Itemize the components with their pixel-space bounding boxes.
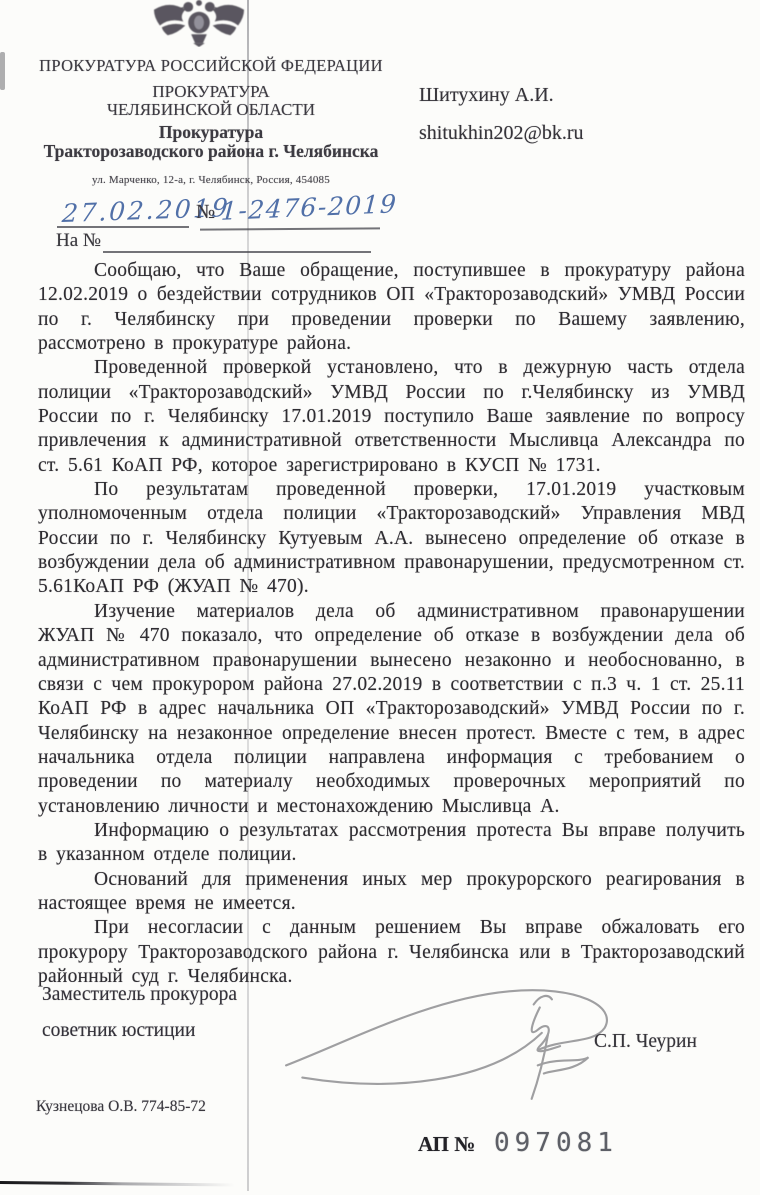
body-paragraph-1: Сообщаю, что Ваше обращение, поступившее… bbox=[38, 259, 745, 356]
signer-name: С.П. Чеурин bbox=[594, 1031, 697, 1053]
signature-autograph bbox=[280, 980, 625, 1102]
signer-position-line1: Заместитель прокурора bbox=[42, 984, 237, 1006]
org-name-district-line2: Тракторозаводского района г. Челябинска bbox=[18, 142, 404, 161]
signer-position-line2: советник юстиции bbox=[42, 1020, 195, 1042]
recipient-name: Шитухину А.И. bbox=[419, 84, 584, 107]
body-paragraph-3: По результатам проведенной проверки, 17.… bbox=[38, 478, 745, 600]
recipient-email: shitukhin202@bk.ru bbox=[419, 122, 584, 145]
letterhead: ПРОКУРАТУРА РОССИЙСКОЙ ФЕДЕРАЦИИ ПРОКУРА… bbox=[18, 56, 404, 186]
incoming-number-underline bbox=[103, 251, 371, 253]
number-underline bbox=[200, 227, 380, 230]
body-paragraph-6: Оснований для применения иных мер прокур… bbox=[38, 868, 745, 917]
recipient-block: Шитухину А.И. shitukhin202@bk.ru bbox=[419, 84, 584, 145]
scanned-letter-page: ПРОКУРАТУРА РОССИЙСКОЙ ФЕДЕРАЦИИ ПРОКУРА… bbox=[0, 0, 760, 1195]
scan-artifact-line bbox=[0, 1181, 235, 1186]
org-name-region-line2: ЧЕЛЯБИНСКОЙ ОБЛАСТИ bbox=[18, 101, 404, 119]
org-name-federation: ПРОКУРАТУРА РОССИЙСКОЙ ФЕДЕРАЦИИ bbox=[18, 56, 404, 76]
org-name-district-line1: Прокуратура bbox=[18, 123, 404, 142]
body-paragraph-2: Проведенной проверкой установлено, что в… bbox=[38, 356, 745, 478]
body-paragraph-5: Информацию о результатах рассмотрения пр… bbox=[38, 819, 745, 868]
org-address: ул. Марченко, 12-а, г. Челябинск, Россия… bbox=[18, 174, 404, 186]
letter-body: Сообщаю, что Ваше обращение, поступившее… bbox=[38, 259, 745, 989]
executor-contact: Кузнецова О.В. 774-85-72 bbox=[36, 1098, 206, 1116]
coat-of-arms-emblem bbox=[150, 0, 248, 47]
number-sign: № bbox=[196, 201, 215, 224]
body-paragraph-7: При несогласии с данным решением Вы впра… bbox=[38, 916, 745, 989]
body-paragraph-4: Изучение материалов дела об администрати… bbox=[38, 600, 745, 819]
scan-edge-smudge bbox=[0, 52, 5, 90]
org-name-region-line1: ПРОКУРАТУРА bbox=[18, 83, 404, 101]
date-underline bbox=[57, 226, 189, 228]
form-series-label: АП № bbox=[418, 1132, 475, 1157]
form-serial-number: 097081 bbox=[494, 1128, 618, 1158]
incoming-number-label: На № bbox=[56, 230, 101, 252]
